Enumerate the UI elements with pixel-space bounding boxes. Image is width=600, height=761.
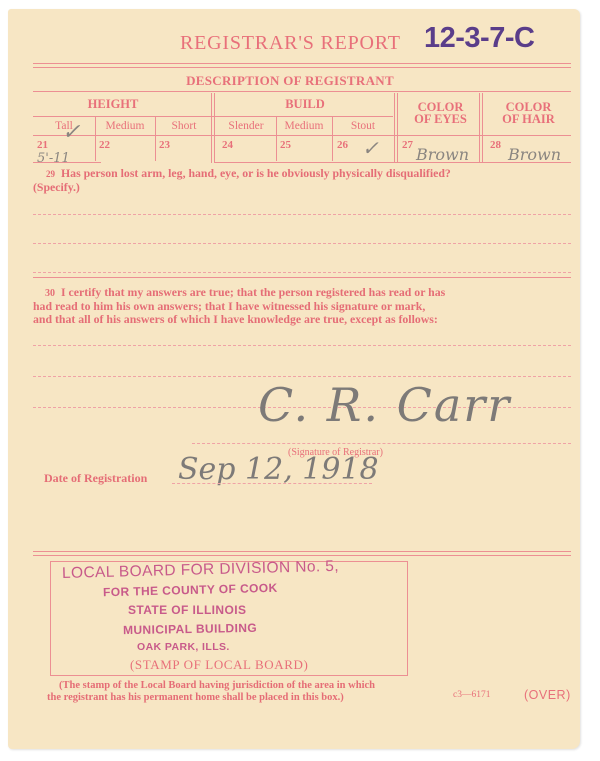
field-27: 27 (402, 139, 413, 151)
field-23: 23 (159, 139, 170, 151)
stamp-caption: (STAMP OF LOCAL BOARD) (130, 657, 308, 673)
field-25: 25 (280, 139, 291, 151)
field-28: 28 (490, 139, 501, 151)
divider (33, 67, 571, 68)
signature-line (192, 443, 571, 444)
field-26: 26 (337, 139, 348, 151)
form-code: c3—6171 (453, 690, 490, 700)
report-title: REGISTRAR'S REPORT (180, 32, 401, 55)
divider (33, 116, 393, 117)
stamp-line-5: OAK PARK, ILLS. (137, 641, 230, 653)
over-label: (OVER) (524, 688, 571, 702)
col-short: Short (155, 120, 213, 132)
section-title: DESCRIPTION OF REGISTRANT (0, 73, 590, 89)
date-line (172, 483, 372, 484)
stamp-line-3: STATE OF ILLINOIS (128, 603, 246, 617)
date-value: Sep 12, 1918 (178, 452, 379, 487)
eyes-header: COLOR OF EYES (398, 101, 483, 125)
build-header: BUILD (215, 97, 395, 112)
date-label: Date of Registration (44, 472, 147, 485)
stamp-line-4: MUNICIPAL BUILDING (123, 621, 257, 637)
col-medium-height: Medium (95, 120, 155, 132)
divider (33, 63, 571, 64)
answer-line (33, 243, 571, 244)
tall-checkmark: ✓ (62, 120, 80, 145)
answer-line (33, 272, 571, 273)
divider (33, 135, 571, 136)
hair-header: COLOR OF HAIR (486, 101, 571, 125)
answer-line (33, 345, 571, 346)
field-21: 21 (37, 139, 48, 151)
question-29: 29Has person lost arm, leg, hand, eye, o… (33, 167, 578, 194)
certification-30: 30I certify that my answers are true; th… (33, 286, 578, 326)
footer-note: (The stamp of the Local Board having jur… (47, 680, 375, 704)
col-medium-build: Medium (276, 120, 332, 132)
field-22: 22 (99, 139, 110, 151)
answer-line (33, 214, 571, 215)
col-slender: Slender (216, 120, 276, 132)
stout-checkmark: ✓ (362, 136, 379, 160)
registration-number-stamp: 12-3-7-C (424, 22, 534, 55)
divider (33, 91, 571, 92)
col-stout: Stout (332, 120, 394, 132)
answer-line (33, 376, 571, 377)
field-24: 24 (222, 139, 233, 151)
registrar-signature: C. R. Carr (258, 378, 511, 432)
height-value: 5'-11 (37, 151, 70, 166)
height-header: HEIGHT (33, 97, 193, 112)
